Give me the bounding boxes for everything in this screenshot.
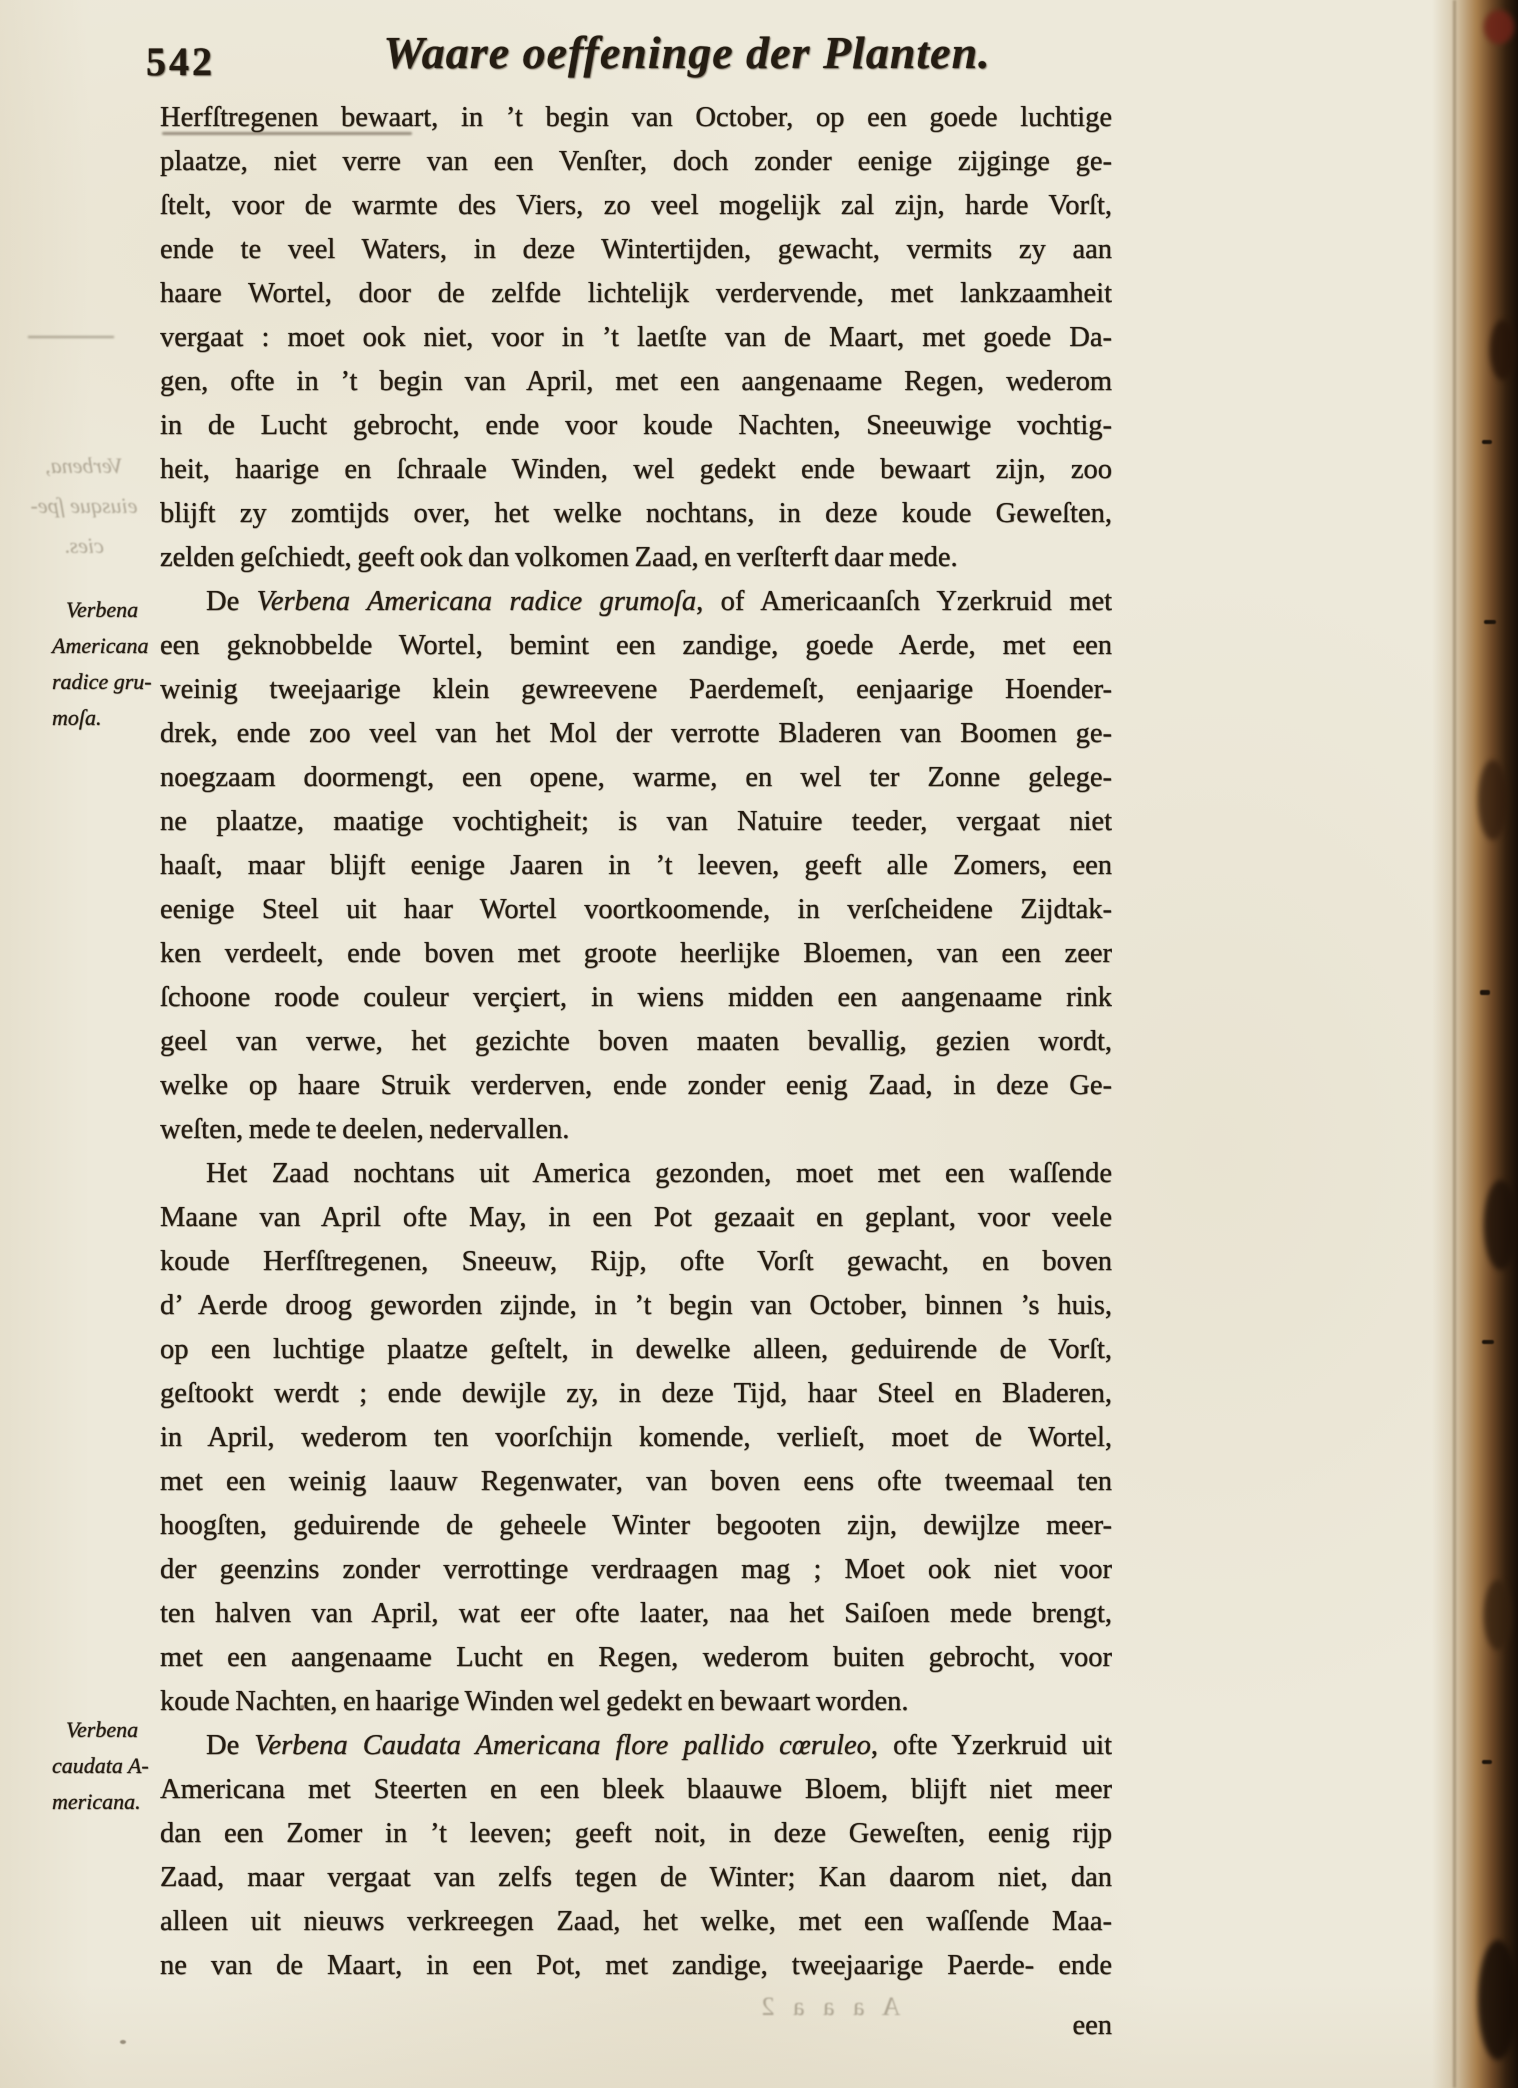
text-run: plaatze, niet verre van een Venſter, doc… bbox=[160, 146, 1112, 177]
margin-note-line: radice gru- bbox=[52, 664, 164, 700]
paragraph: Herfſtregenen bewaart, in ’t begin van O… bbox=[160, 96, 1112, 580]
text-line: der geenzins zonder verrottinge verdraag… bbox=[160, 1548, 1112, 1592]
text-run: ne van de Maart, in een Pot, met zandige… bbox=[160, 1950, 1112, 1981]
text-line: in April, wederom ten voorſchijn komende… bbox=[160, 1416, 1112, 1460]
text-line: gen, ofte in ’t begin van April, met een… bbox=[160, 360, 1112, 404]
text-line: weinig tweejaarige klein gewreevene Paer… bbox=[160, 668, 1112, 712]
text-line: koude Nachten, en haarige Winden wel ged… bbox=[160, 1680, 1112, 1724]
text-line: Herfſtregenen bewaart, in ’t begin van O… bbox=[160, 96, 1112, 140]
text-run: ten halven van April, wat eer ofte laate… bbox=[160, 1598, 1112, 1629]
text-run: , ofte Yzerkruid uit bbox=[871, 1730, 1112, 1761]
text-run: eenige Steel uit haar Wortel voortkoomen… bbox=[160, 894, 1112, 925]
text-run: Maane van April ofte May, in een Pot gez… bbox=[160, 1202, 1112, 1233]
text-line: heit, haarige en ſchraale Winden, wel ge… bbox=[160, 448, 1112, 492]
text-run: heit, haarige en ſchraale Winden, wel ge… bbox=[160, 454, 1112, 485]
text-run: d’ Aerde droog geworden zijnde, in ’t be… bbox=[160, 1290, 1112, 1321]
text-run: , of Americaanſch Yzerkruid met bbox=[696, 586, 1112, 617]
text-run: vergaat : moet ook niet, voor in ’t laet… bbox=[160, 322, 1112, 353]
margin-note-line: mericana. bbox=[52, 1784, 164, 1820]
text-line: vergaat : moet ook niet, voor in ’t laet… bbox=[160, 316, 1112, 360]
text-run: De bbox=[206, 1730, 254, 1761]
bleedthrough-text-line: eiusque ſpe- bbox=[14, 486, 154, 526]
edge-mark bbox=[1482, 440, 1492, 444]
text-line: Americana met Steerten en een bleek blaa… bbox=[160, 1768, 1112, 1812]
paragraph: Het Zaad nochtans uit America gezonden, … bbox=[160, 1152, 1112, 1724]
text-line: haaſt, maar blijft eenige Jaaren in ’t l… bbox=[160, 844, 1112, 888]
paragraph: De Verbena Americana radice grumoſa, of … bbox=[160, 580, 1112, 1152]
text-line: ſchoone roode couleur verçiert, in wiens… bbox=[160, 976, 1112, 1020]
text-line: ſtelt, voor de warmte des Viers, zo veel… bbox=[160, 184, 1112, 228]
text-line: ende te veel Waters, in deze Wintertijde… bbox=[160, 228, 1112, 272]
text-line: noegzaam doormengt, een opene, warme, en… bbox=[160, 756, 1112, 800]
text-run: drek, ende zoo veel van het Mol der verr… bbox=[160, 718, 1112, 749]
text-line: ne plaatze, maatige vochtigheit; is van … bbox=[160, 800, 1112, 844]
text-line: eenige Steel uit haar Wortel voortkoomen… bbox=[160, 888, 1112, 932]
bleedthrough-margin-note: Verbena,eiusque ſpe-cies. bbox=[14, 446, 154, 566]
margin-note-line: Verbena bbox=[52, 592, 164, 628]
text-run: ſchoone roode couleur verçiert, in wiens… bbox=[160, 982, 1112, 1013]
text-run: welke op haare Struik verderven, ende zo… bbox=[160, 1070, 1112, 1101]
margin-note-line: Verbena bbox=[52, 1712, 164, 1748]
catchword: een bbox=[160, 2010, 1112, 2042]
text-run: ken verdeelt, ende boven met groote heer… bbox=[160, 938, 1112, 969]
text-run: een geknobbelde Wortel, bemint een zandi… bbox=[160, 630, 1112, 661]
text-line: blijft zy zomtijds over, het welke nocht… bbox=[160, 492, 1112, 536]
text-line: dan een Zomer in ’t leeven; geeft noit, … bbox=[160, 1812, 1112, 1856]
text-line: hoogſten, geduirende de geheele Winter b… bbox=[160, 1504, 1112, 1548]
text-line: zelden geſchiedt, geeft ook dan volkomen… bbox=[160, 536, 1112, 580]
text-run: weſten, mede te deelen, nedervallen. bbox=[160, 1114, 569, 1145]
edge-stain bbox=[1484, 1580, 1512, 1650]
book-page-scan: 542 Waare oeffeninge der Planten. Verben… bbox=[0, 0, 1518, 2088]
text-line: d’ Aerde droog geworden zijnde, in ’t be… bbox=[160, 1284, 1112, 1328]
text-line: Maane van April ofte May, in een Pot gez… bbox=[160, 1196, 1112, 1240]
latin-plant-name: Verbena Americana radice grumoſa bbox=[257, 586, 697, 617]
edge-mark bbox=[1482, 1760, 1492, 1764]
text-run: koude Herfſtregenen, Sneeuw, Rijp, ofte … bbox=[160, 1246, 1112, 1277]
text-run: op een luchtige plaatze geſtelt, in dewe… bbox=[160, 1334, 1112, 1365]
text-line: welke op haare Struik verderven, ende zo… bbox=[160, 1064, 1112, 1108]
text-line: met een aangenaame Lucht en Regen, weder… bbox=[160, 1636, 1112, 1680]
text-line: ken verdeelt, ende boven met groote heer… bbox=[160, 932, 1112, 976]
paper-scratch bbox=[28, 336, 114, 338]
text-run: haaſt, maar blijft eenige Jaaren in ’t l… bbox=[160, 850, 1112, 881]
edge-mark bbox=[1484, 620, 1496, 624]
text-run: Zaad, maar vergaat van zelfs tegen de Wi… bbox=[160, 1862, 1112, 1893]
edge-stain bbox=[1478, 1940, 1518, 2060]
edge-stain bbox=[1484, 1180, 1518, 1270]
text-run: met een weinig laauw Regenwater, van bov… bbox=[160, 1466, 1112, 1497]
page-fore-edge bbox=[1432, 0, 1518, 2088]
text-run: Het Zaad nochtans uit America gezonden, … bbox=[206, 1158, 1112, 1189]
bleedthrough-text-line: Verbena, bbox=[14, 446, 154, 486]
text-line: een geknobbelde Wortel, bemint een zandi… bbox=[160, 624, 1112, 668]
text-run: dan een Zomer in ’t leeven; geeft noit, … bbox=[160, 1818, 1112, 1849]
text-line: Zaad, maar vergaat van zelfs tegen de Wi… bbox=[160, 1856, 1112, 1900]
text-line: koude Herfſtregenen, Sneeuw, Rijp, ofte … bbox=[160, 1240, 1112, 1284]
text-line: haare Wortel, door de zelfde lichtelijk … bbox=[160, 272, 1112, 316]
paragraph: De Verbena Caudata Americana flore palli… bbox=[160, 1724, 1112, 1988]
text-run: geſtookt werdt ; ende dewijle zy, in dez… bbox=[160, 1378, 1112, 1409]
text-run: ende te veel Waters, in deze Wintertijde… bbox=[160, 234, 1112, 265]
text-run: gen, ofte in ’t begin van April, met een… bbox=[160, 366, 1112, 397]
margin-note-verbena-americana: VerbenaAmericanaradice gru-moſa. bbox=[52, 592, 164, 736]
margin-note-verbena-caudata: Verbenacaudata A-mericana. bbox=[52, 1712, 164, 1820]
text-run: koude Nachten, en haarige Winden wel ged… bbox=[160, 1686, 908, 1717]
text-run: hoogſten, geduirende de geheele Winter b… bbox=[160, 1510, 1112, 1541]
text-run: ſtelt, voor de warmte des Viers, zo veel… bbox=[160, 190, 1112, 221]
text-run: Americana met Steerten en een bleek blaa… bbox=[160, 1774, 1112, 1805]
edge-stain bbox=[1484, 10, 1514, 44]
text-run: blijft zy zomtijds over, het welke nocht… bbox=[160, 498, 1112, 529]
latin-plant-name: Verbena Caudata Americana flore pallido … bbox=[254, 1730, 871, 1761]
edge-stain bbox=[1490, 320, 1516, 380]
text-run: geel van verwe, het gezichte boven maate… bbox=[160, 1026, 1112, 1057]
text-line: in de Lucht gebrocht, ende voor koude Na… bbox=[160, 404, 1112, 448]
text-line: met een weinig laauw Regenwater, van bov… bbox=[160, 1460, 1112, 1504]
text-run: in April, wederom ten voorſchijn komende… bbox=[160, 1422, 1112, 1453]
body-text: Herfſtregenen bewaart, in ’t begin van O… bbox=[160, 96, 1112, 1988]
text-run: noegzaam doormengt, een opene, warme, en… bbox=[160, 762, 1112, 793]
running-title: Waare oeffeninge der Planten. bbox=[262, 26, 1112, 79]
text-line: Het Zaad nochtans uit America gezonden, … bbox=[160, 1152, 1112, 1196]
text-run: weinig tweejaarige klein gewreevene Paer… bbox=[160, 674, 1112, 705]
bleedthrough-text-line: cies. bbox=[14, 526, 154, 566]
margin-note-line: caudata A- bbox=[52, 1748, 164, 1784]
text-line: ten halven van April, wat eer ofte laate… bbox=[160, 1592, 1112, 1636]
edge-mark bbox=[1480, 990, 1490, 995]
text-run: in de Lucht gebrocht, ende voor koude Na… bbox=[160, 410, 1112, 441]
text-line: ne van de Maart, in een Pot, met zandige… bbox=[160, 1944, 1112, 1988]
paper-speck bbox=[120, 2040, 126, 2044]
margin-note-line: moſa. bbox=[52, 700, 164, 736]
page-number: 542 bbox=[146, 38, 215, 85]
text-run: De bbox=[206, 586, 257, 617]
text-line: alleen uit nieuws verkreegen Zaad, het w… bbox=[160, 1900, 1112, 1944]
text-line: plaatze, niet verre van een Venſter, doc… bbox=[160, 140, 1112, 184]
text-run: ne plaatze, maatige vochtigheit; is van … bbox=[160, 806, 1112, 837]
text-line: De Verbena Caudata Americana flore palli… bbox=[160, 1724, 1112, 1768]
text-line: geſtookt werdt ; ende dewijle zy, in dez… bbox=[160, 1372, 1112, 1416]
text-run: alleen uit nieuws verkreegen Zaad, het w… bbox=[160, 1906, 1112, 1937]
text-line: geel van verwe, het gezichte boven maate… bbox=[160, 1020, 1112, 1064]
edge-mark bbox=[1482, 1340, 1494, 1344]
text-run: Herfſtregenen bewaart, in ’t begin van O… bbox=[160, 102, 1112, 133]
margin-note-line: Americana bbox=[52, 628, 164, 664]
text-line: weſten, mede te deelen, nedervallen. bbox=[160, 1108, 1112, 1152]
text-line: De Verbena Americana radice grumoſa, of … bbox=[160, 580, 1112, 624]
page-edge-line bbox=[1453, 0, 1456, 2088]
text-run: met een aangenaame Lucht en Regen, weder… bbox=[160, 1642, 1112, 1673]
text-line: op een luchtige plaatze geſtelt, in dewe… bbox=[160, 1328, 1112, 1372]
text-line: drek, ende zoo veel van het Mol der verr… bbox=[160, 712, 1112, 756]
text-run: haare Wortel, door de zelfde lichtelijk … bbox=[160, 278, 1112, 309]
edge-stain bbox=[1478, 760, 1508, 840]
text-run: der geenzins zonder verrottinge verdraag… bbox=[160, 1554, 1112, 1585]
text-run: zelden geſchiedt, geeft ook dan volkomen… bbox=[160, 542, 958, 573]
